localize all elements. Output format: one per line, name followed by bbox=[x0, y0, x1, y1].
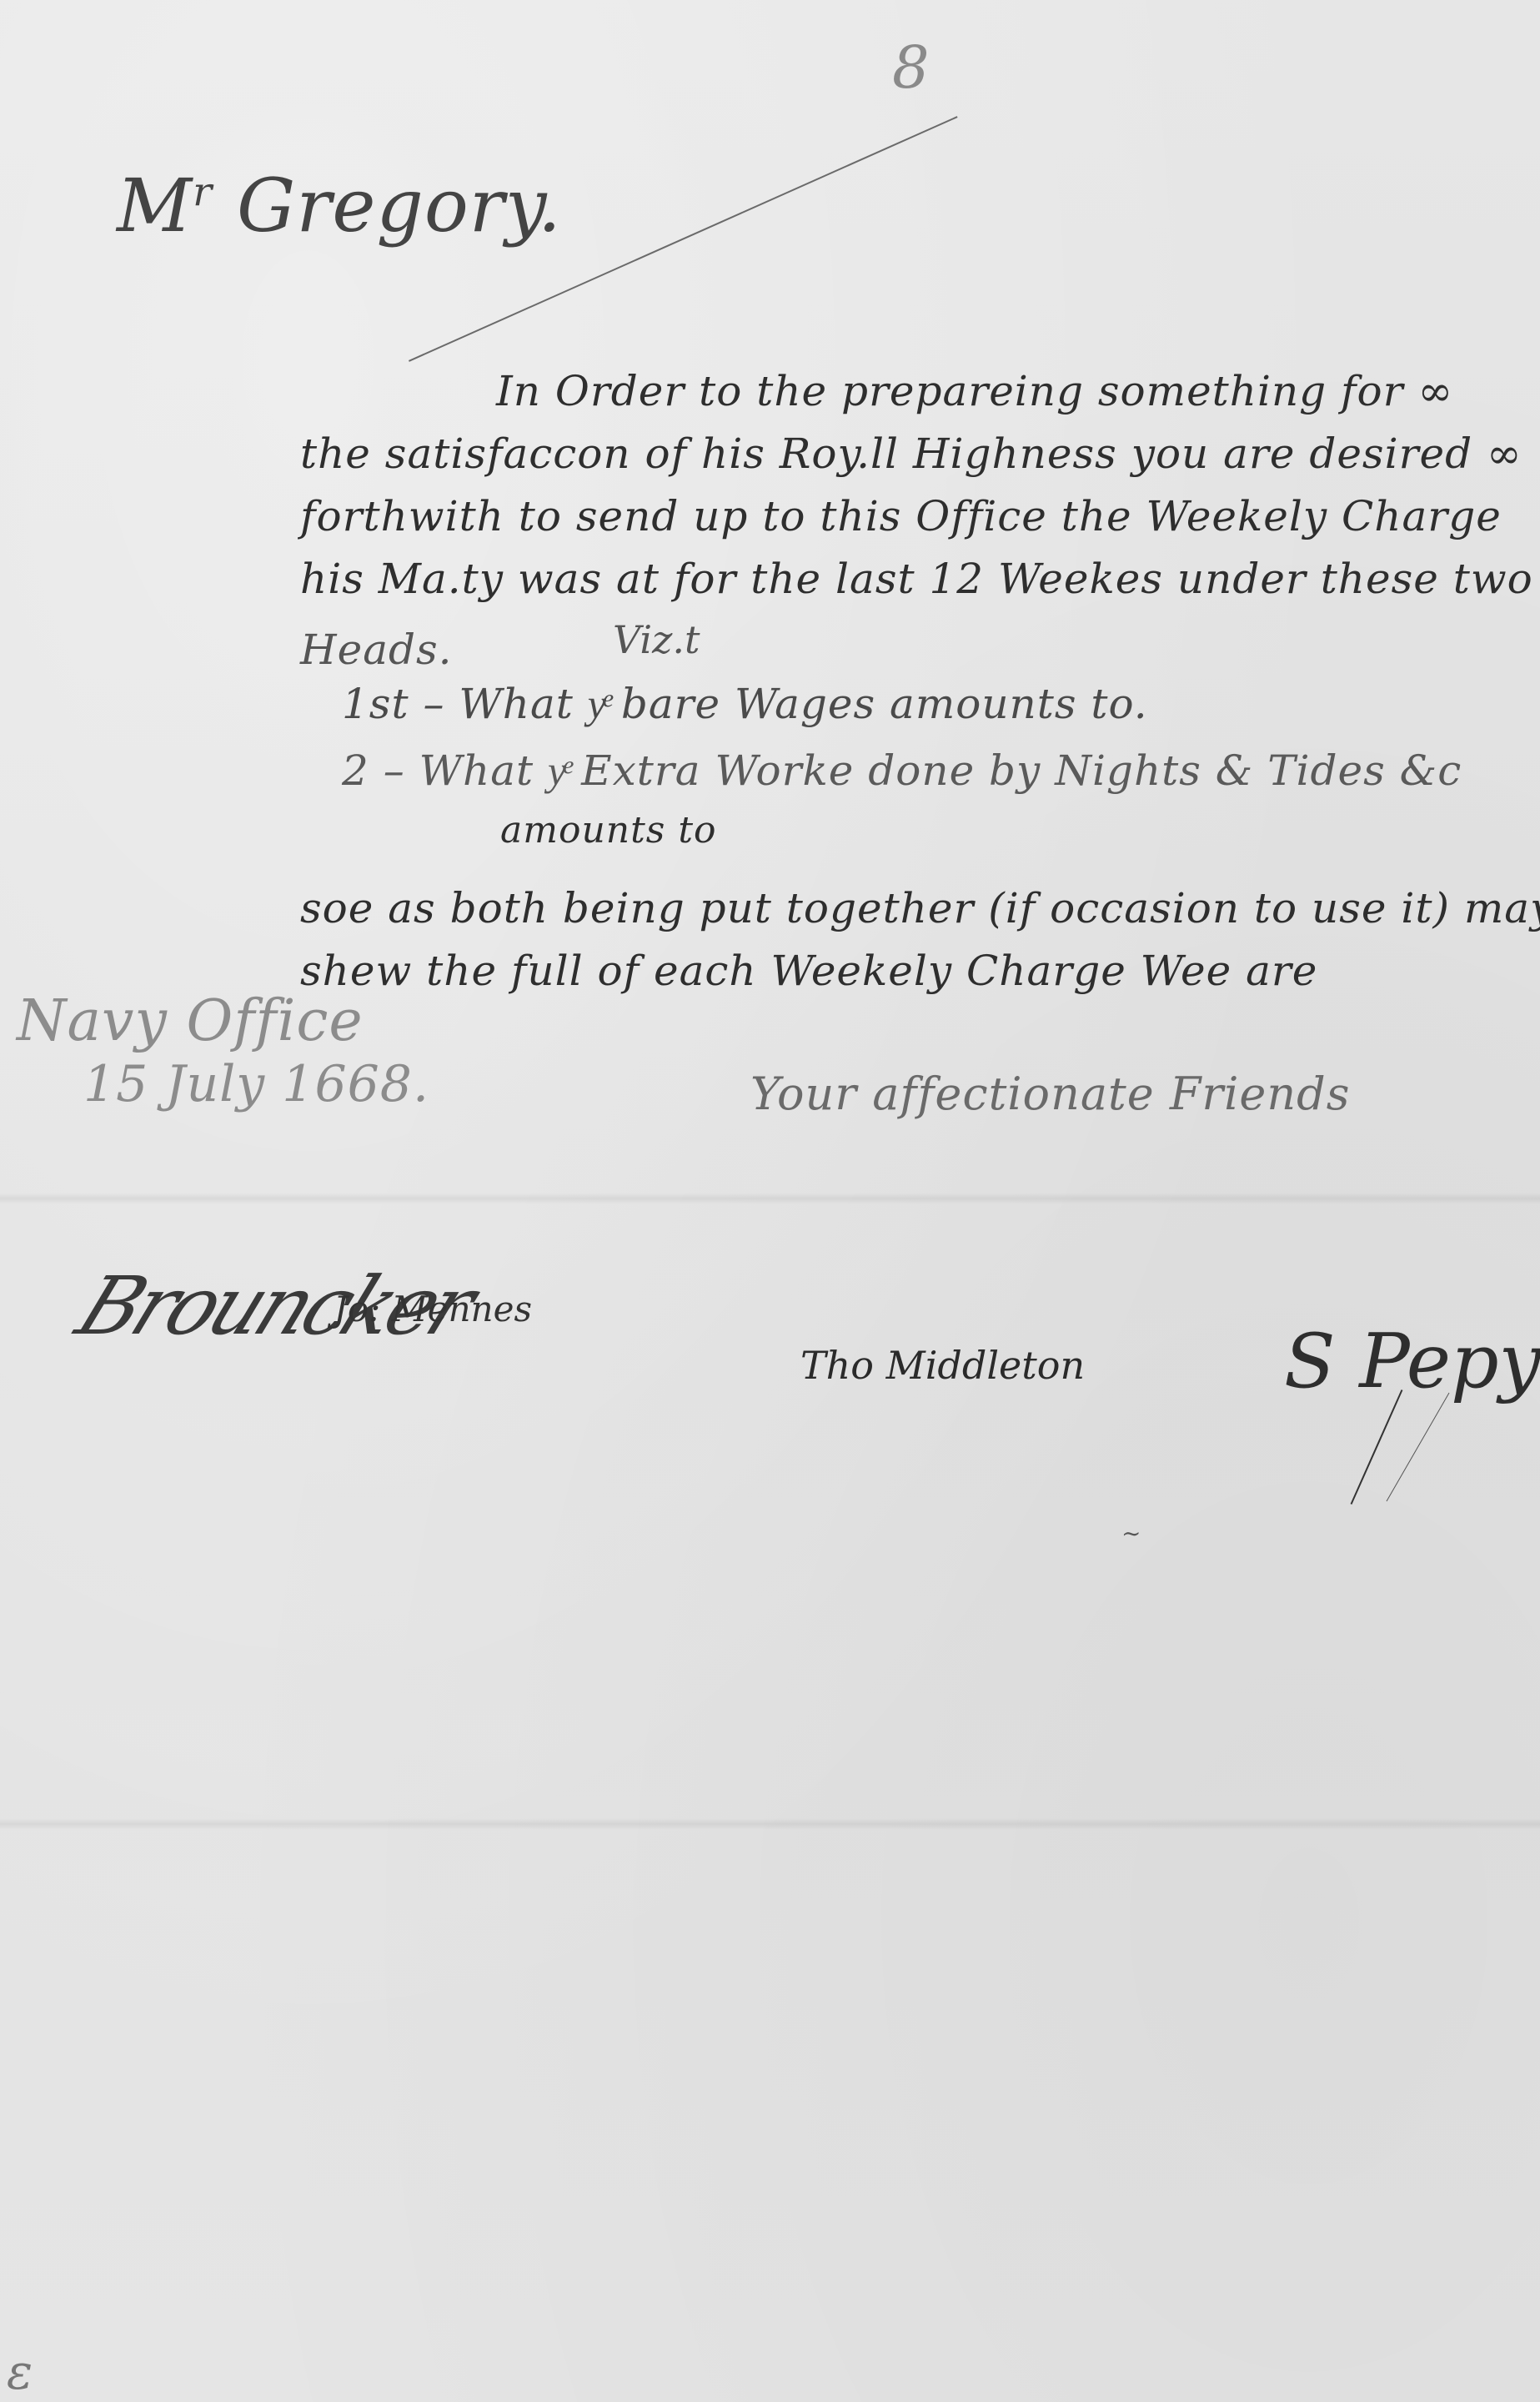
viz-label: Viz.t bbox=[613, 617, 700, 662]
body-line: amounts to bbox=[500, 809, 717, 852]
recipient-name: Gregory. bbox=[237, 163, 562, 249]
place-line: Navy Office bbox=[17, 988, 364, 1054]
date-line: 15 July 1668. bbox=[83, 1055, 429, 1113]
corner-mark: ɛ bbox=[7, 2344, 33, 2400]
signature-flourish bbox=[1387, 1393, 1450, 1501]
salutation-prefix-sup: r bbox=[193, 169, 213, 216]
body-line: the satisfaccon of his Roy.ll Highness y… bbox=[300, 430, 1540, 478]
body-line: his Ma.ty was at for the last 12 Weekes … bbox=[300, 555, 1533, 603]
list-item: 1st – What yͤ bare Wages amounts to. bbox=[342, 680, 1148, 728]
list-item: 2 – What yͤ Extra Worke done by Nights &… bbox=[342, 746, 1462, 795]
body-line: forthwith to send up to this Office the … bbox=[300, 492, 1502, 540]
paper-fold-line bbox=[0, 1193, 1540, 1204]
salutation-prefix: M bbox=[117, 163, 193, 249]
signature-pepys: S Pepys bbox=[1284, 1318, 1540, 1405]
signature-middleton: Tho Middleton bbox=[800, 1343, 1085, 1388]
body-line: Heads. bbox=[300, 626, 453, 674]
salutation: Mr Gregory. bbox=[117, 163, 562, 249]
body-line: In Order to the prepareing something for… bbox=[496, 367, 1453, 415]
manuscript-page: 8 Mr Gregory. In Order to the prepareing… bbox=[0, 0, 1540, 2402]
margin-mark: ∼ bbox=[1121, 1520, 1141, 1547]
body-line: soe as both being put together (if occas… bbox=[300, 884, 1540, 932]
folio-number: 8 bbox=[892, 33, 931, 102]
paper-fold-line bbox=[0, 1818, 1540, 1830]
body-line: shew the full of each Weekely Charge Wee… bbox=[300, 947, 1317, 995]
signature-mennes: Jo: Mennes bbox=[334, 1289, 532, 1329]
closing-line: Your affectionate Friends bbox=[750, 1068, 1350, 1120]
